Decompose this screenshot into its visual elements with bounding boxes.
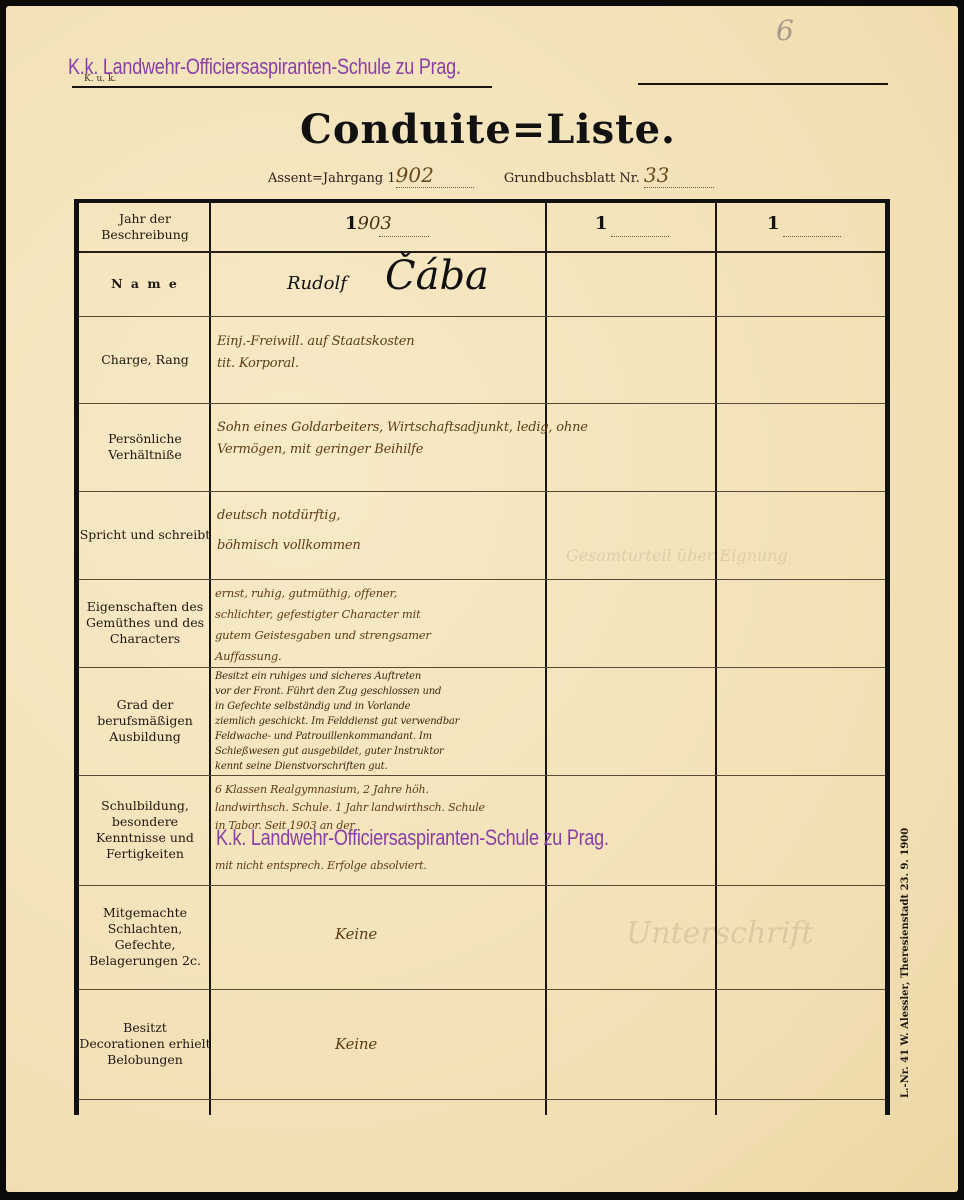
charge-line: Einj.-Freiwill. auf Staatskosten bbox=[217, 331, 537, 353]
label-schulbildung: Schulbildung, besondere Kenntnisse und F… bbox=[79, 775, 211, 885]
grad-value: Besitzt ein ruhiges und sicheres Auftret… bbox=[215, 669, 545, 774]
grad-line: vor der Front. Führt den Zug geschlossen… bbox=[215, 684, 545, 699]
label-grad-ausbildung: Grad der berufsmäßigen Ausbildung bbox=[79, 667, 211, 775]
school-stamp-top: K.k. Landwehr-Officiersaspiranten-Schule… bbox=[68, 54, 461, 80]
assent-label: Assent=Jahrgang 1 bbox=[268, 171, 396, 186]
year-2: 1 bbox=[595, 213, 608, 234]
document-title: Conduite=Liste. bbox=[6, 106, 964, 153]
label-persoenliche: Persönliche Verhältniße bbox=[79, 403, 211, 491]
column-divider-2 bbox=[545, 203, 547, 1115]
grad-line: Feldwache- und Patrouillenkommandant. Im bbox=[215, 729, 545, 744]
eigenschaften-line: ernst, ruhig, gutmüthig, offener, bbox=[215, 583, 545, 604]
grad-line: kennt seine Dienstvorschriften gut. bbox=[215, 759, 545, 774]
schulbildung-line: mit nicht entsprech. Erfolge absolviert. bbox=[215, 857, 545, 875]
schulbildung-line: 6 Klassen Realgymnasium, 2 Jahre höh. bbox=[215, 781, 545, 799]
grad-line: ziemlich geschickt. Im Felddienst gut ve… bbox=[215, 714, 545, 729]
year-1: 1903 bbox=[345, 213, 392, 234]
schulbildung-line: landwirthsch. Schule. 1 Jahr landwirthsc… bbox=[215, 799, 545, 817]
label-decorationen: Besitzt Decorationen erhielt Belobungen bbox=[79, 989, 211, 1099]
label-year: Jahr der Beschreibung bbox=[79, 203, 211, 251]
charge-value: Einj.-Freiwill. auf Staatskosten tit. Ko… bbox=[217, 331, 537, 375]
school-stamp-middle: K.k. Landwehr-Officiersaspiranten-Schule… bbox=[216, 825, 609, 851]
printer-imprint: L.-Nr. 41 W. Alessler, Theresienstadt 23… bbox=[900, 828, 911, 1098]
grundbuch-label: Grundbuchsblatt Nr. bbox=[504, 171, 640, 186]
label-spricht: Spricht und schreibt bbox=[79, 491, 211, 579]
page-number: 6 bbox=[776, 14, 794, 47]
persoenliche-value: Sohn eines Goldarbeiters, Wirtschaftsadj… bbox=[217, 417, 877, 461]
eigenschaften-line: gutem Geistesgaben und strengsamer bbox=[215, 625, 545, 646]
eigenschaften-line: schlichter, gefestigter Character mit bbox=[215, 604, 545, 625]
document-page: 6 K. u. k. K.k. Landwehr-Officiersaspira… bbox=[6, 6, 958, 1192]
year-1-prefix: 1 bbox=[345, 213, 358, 234]
eigenschaften-value: ernst, ruhig, gutmüthig, offener, schlic… bbox=[215, 583, 545, 667]
year-1-hand: 903 bbox=[358, 213, 392, 234]
column-divider-3 bbox=[715, 203, 717, 1115]
persoenliche-line: Vermögen, mit geringer Beihilfe bbox=[217, 439, 877, 461]
grad-line: Schießwesen gut ausgebildet, guter Instr… bbox=[215, 744, 545, 759]
year-3: 1 bbox=[767, 213, 780, 234]
year-1-dots bbox=[379, 236, 429, 237]
year-2-dots bbox=[611, 236, 669, 237]
label-eigenschaften: Eigenschaften des Gemüthes und des Chara… bbox=[79, 579, 211, 667]
eigenschaften-line: Auffassung. bbox=[215, 646, 545, 667]
spricht-line: deutsch notdürftig, bbox=[217, 501, 537, 531]
schlachten-value: Keine bbox=[335, 923, 377, 945]
year-3-dots bbox=[783, 236, 841, 237]
conduite-table: Jahr der Beschreibung 1903 1 1 N a m e R… bbox=[74, 199, 890, 1115]
header-subline: Assent=Jahrgang 1902 Grundbuchsblatt Nr.… bbox=[268, 163, 714, 188]
header-rule-left bbox=[72, 86, 492, 88]
spricht-line: böhmisch vollkommen bbox=[217, 531, 537, 561]
label-name: N a m e bbox=[79, 251, 211, 316]
decorationen-value: Keine bbox=[335, 1033, 377, 1055]
grad-line: in Gefechte selbständig und in Vorlande bbox=[215, 699, 545, 714]
grundbuch-value: 33 bbox=[644, 163, 669, 187]
grad-line: Besitzt ein ruhiges und sicheres Auftret… bbox=[215, 669, 545, 684]
persoenliche-line: Sohn eines Goldarbeiters, Wirtschaftsadj… bbox=[217, 417, 877, 439]
first-name: Rudolf bbox=[287, 273, 347, 294]
header-rule-right bbox=[638, 83, 888, 85]
label-charge-rang: Charge, Rang bbox=[79, 316, 211, 403]
label-schlachten: Mitgemachte Schlachten, Gefechte, Belage… bbox=[79, 885, 211, 989]
assent-value: 902 bbox=[396, 163, 434, 187]
spricht-value: deutsch notdürftig, böhmisch vollkommen bbox=[217, 501, 537, 561]
charge-line: tit. Korporal. bbox=[217, 353, 537, 375]
row-divider bbox=[79, 1099, 885, 1100]
surname: Čába bbox=[385, 253, 489, 299]
